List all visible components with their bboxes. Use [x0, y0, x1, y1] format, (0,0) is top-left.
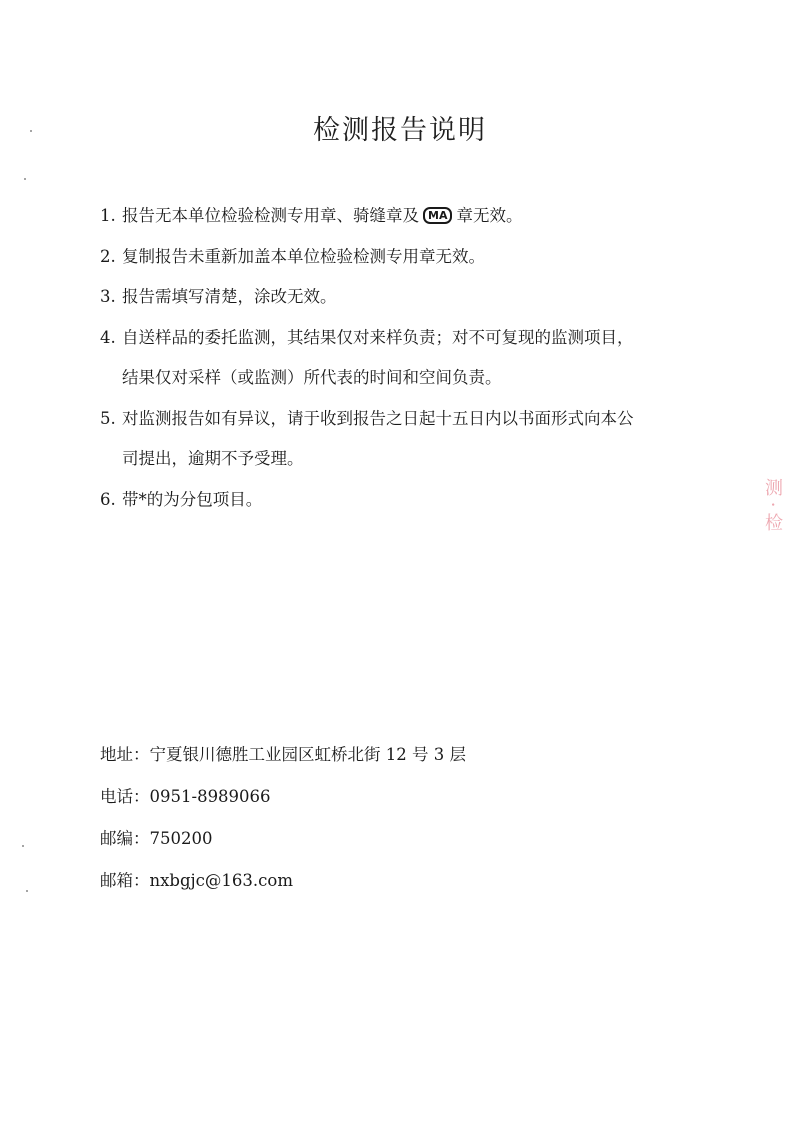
- note-item-1: 1. 报告无本单位检验检测专用章、骑缝章及MA章无效。: [100, 196, 740, 237]
- item-text: 带*的为分包项目。: [122, 490, 262, 509]
- seal-stamp-fragment: 测 · 检: [766, 478, 796, 628]
- contact-block: 地址：宁夏银川德胜工业园区虹桥北街 12 号 3 层 电话：0951-89890…: [100, 734, 466, 902]
- scan-speck: [22, 845, 24, 847]
- item-text-continuation: 结果仅对采样（或监测）所代表的时间和空间负责。: [122, 358, 740, 399]
- item-number: 6.: [100, 480, 116, 521]
- phone-value: 0951-8989066: [150, 787, 271, 806]
- item-text: 对监测报告如有异议，请于收到报告之日起十五日内以书面形式向本公: [122, 399, 740, 440]
- item-text: 复制报告未重新加盖本单位检验检测专用章无效。: [122, 247, 485, 266]
- postcode-label: 邮编：: [100, 829, 150, 848]
- postcode-value: 750200: [150, 829, 213, 848]
- item-text: 报告无本单位检验检测专用章、骑缝章及: [122, 206, 419, 225]
- note-item-2: 2. 复制报告未重新加盖本单位检验检测专用章无效。: [100, 237, 740, 278]
- note-item-5: 5. 对监测报告如有异议，请于收到报告之日起十五日内以书面形式向本公 司提出，逾…: [100, 399, 740, 480]
- item-number: 3.: [100, 277, 116, 318]
- item-text-continuation: 司提出，逾期不予受理。: [122, 439, 740, 480]
- note-item-4: 4. 自送样品的委托监测，其结果仅对来样负责；对不可复现的监测项目， 结果仅对采…: [100, 318, 740, 399]
- postcode-row: 邮编：750200: [100, 818, 466, 860]
- item-number: 2.: [100, 237, 116, 278]
- phone-label: 电话：: [100, 787, 150, 806]
- item-text: 自送样品的委托监测，其结果仅对来样负责；对不可复现的监测项目，: [122, 318, 740, 359]
- item-text: 报告需填写清楚，涂改无效。: [122, 287, 337, 306]
- scan-speck: [26, 890, 28, 892]
- cma-mark-icon: MA: [423, 207, 452, 224]
- address-row: 地址：宁夏银川德胜工业园区虹桥北街 12 号 3 层: [100, 734, 466, 776]
- item-number: 1.: [100, 196, 116, 237]
- email-label: 邮箱：: [100, 871, 150, 890]
- item-text-after: 章无效。: [456, 206, 522, 225]
- item-number: 5.: [100, 399, 116, 440]
- address-value: 宁夏银川德胜工业园区虹桥北街 12 号 3 层: [150, 745, 466, 764]
- scan-speck: [24, 178, 26, 180]
- email-row: 邮箱：nxbgjc@163.com: [100, 860, 466, 902]
- item-number: 4.: [100, 318, 116, 359]
- notes-list: 1. 报告无本单位检验检测专用章、骑缝章及MA章无效。 2. 复制报告未重新加盖…: [100, 196, 740, 520]
- email-value: nxbgjc@163.com: [150, 871, 293, 890]
- note-item-3: 3. 报告需填写清楚，涂改无效。: [100, 277, 740, 318]
- note-item-6: 6. 带*的为分包项目。: [100, 480, 740, 521]
- address-label: 地址：: [100, 745, 150, 764]
- scan-speck: [30, 130, 32, 132]
- phone-row: 电话：0951-8989066: [100, 776, 466, 818]
- page-title: 检测报告说明: [0, 108, 800, 147]
